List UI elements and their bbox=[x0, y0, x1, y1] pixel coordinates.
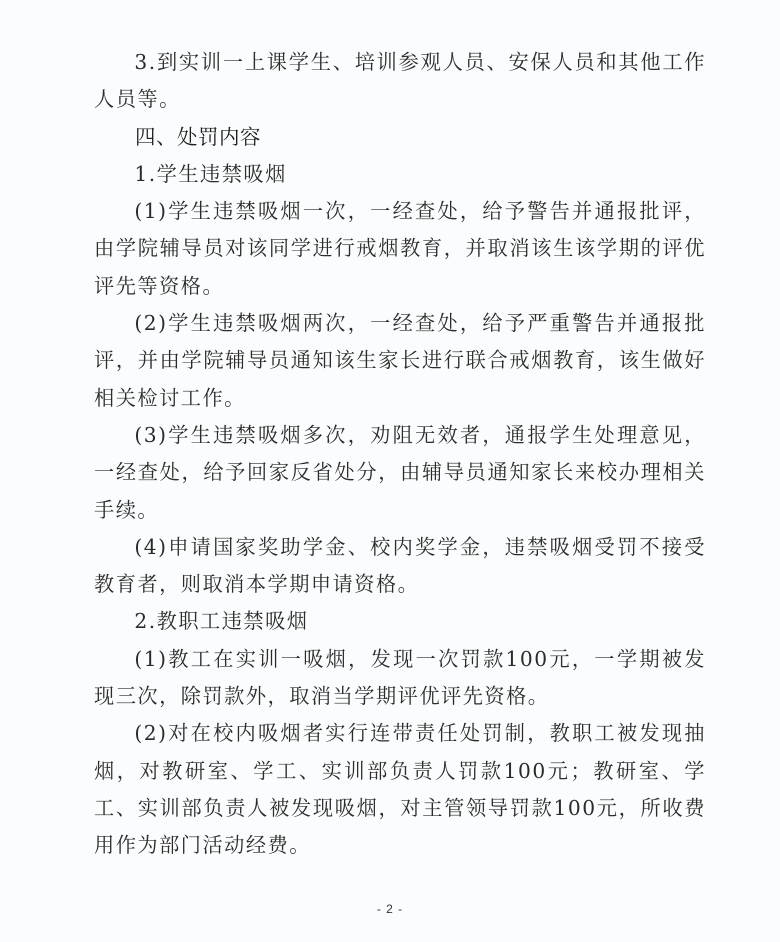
document-page: 3.到实训一上课学生、培训参观人员、安保人员和其他工作人员等。 四、处罚内容 1… bbox=[94, 44, 706, 865]
paragraph-staff-rule-1: (1)教工在实训一吸烟，发现一次罚款100元，一学期被发现三次，除罚款外，取消当… bbox=[94, 641, 706, 716]
paragraph-scope-item-3: 3.到实训一上课学生、培训参观人员、安保人员和其他工作人员等。 bbox=[94, 44, 706, 119]
paragraph-student-rule-4: (4)申请国家奖助学金、校内奖学金，违禁吸烟受罚不接受教育者，则取消本学期申请资… bbox=[94, 529, 706, 604]
paragraph-student-rule-1: (1)学生违禁吸烟一次，一经查处，给予警告并通报批评，由学院辅导员对该同学进行戒… bbox=[94, 193, 706, 305]
section-heading-penalties: 四、处罚内容 bbox=[94, 119, 706, 156]
paragraph-student-rule-2: (2)学生违禁吸烟两次，一经查处，给予严重警告并通报批评，并由学院辅导员通知该生… bbox=[94, 305, 706, 417]
paragraph-staff-rule-2: (2)对在校内吸烟者实行连带责任处罚制，教职工被发现抽烟，对教研室、学工、实训部… bbox=[94, 715, 706, 864]
page-number: - 2 - bbox=[0, 902, 780, 916]
subheading-staff-smoking: 2.教职工违禁吸烟 bbox=[94, 603, 706, 640]
subheading-student-smoking: 1.学生违禁吸烟 bbox=[94, 156, 706, 193]
paragraph-student-rule-3: (3)学生违禁吸烟多次，劝阻无效者，通报学生处理意见，一经查处，给予回家反省处分… bbox=[94, 417, 706, 529]
